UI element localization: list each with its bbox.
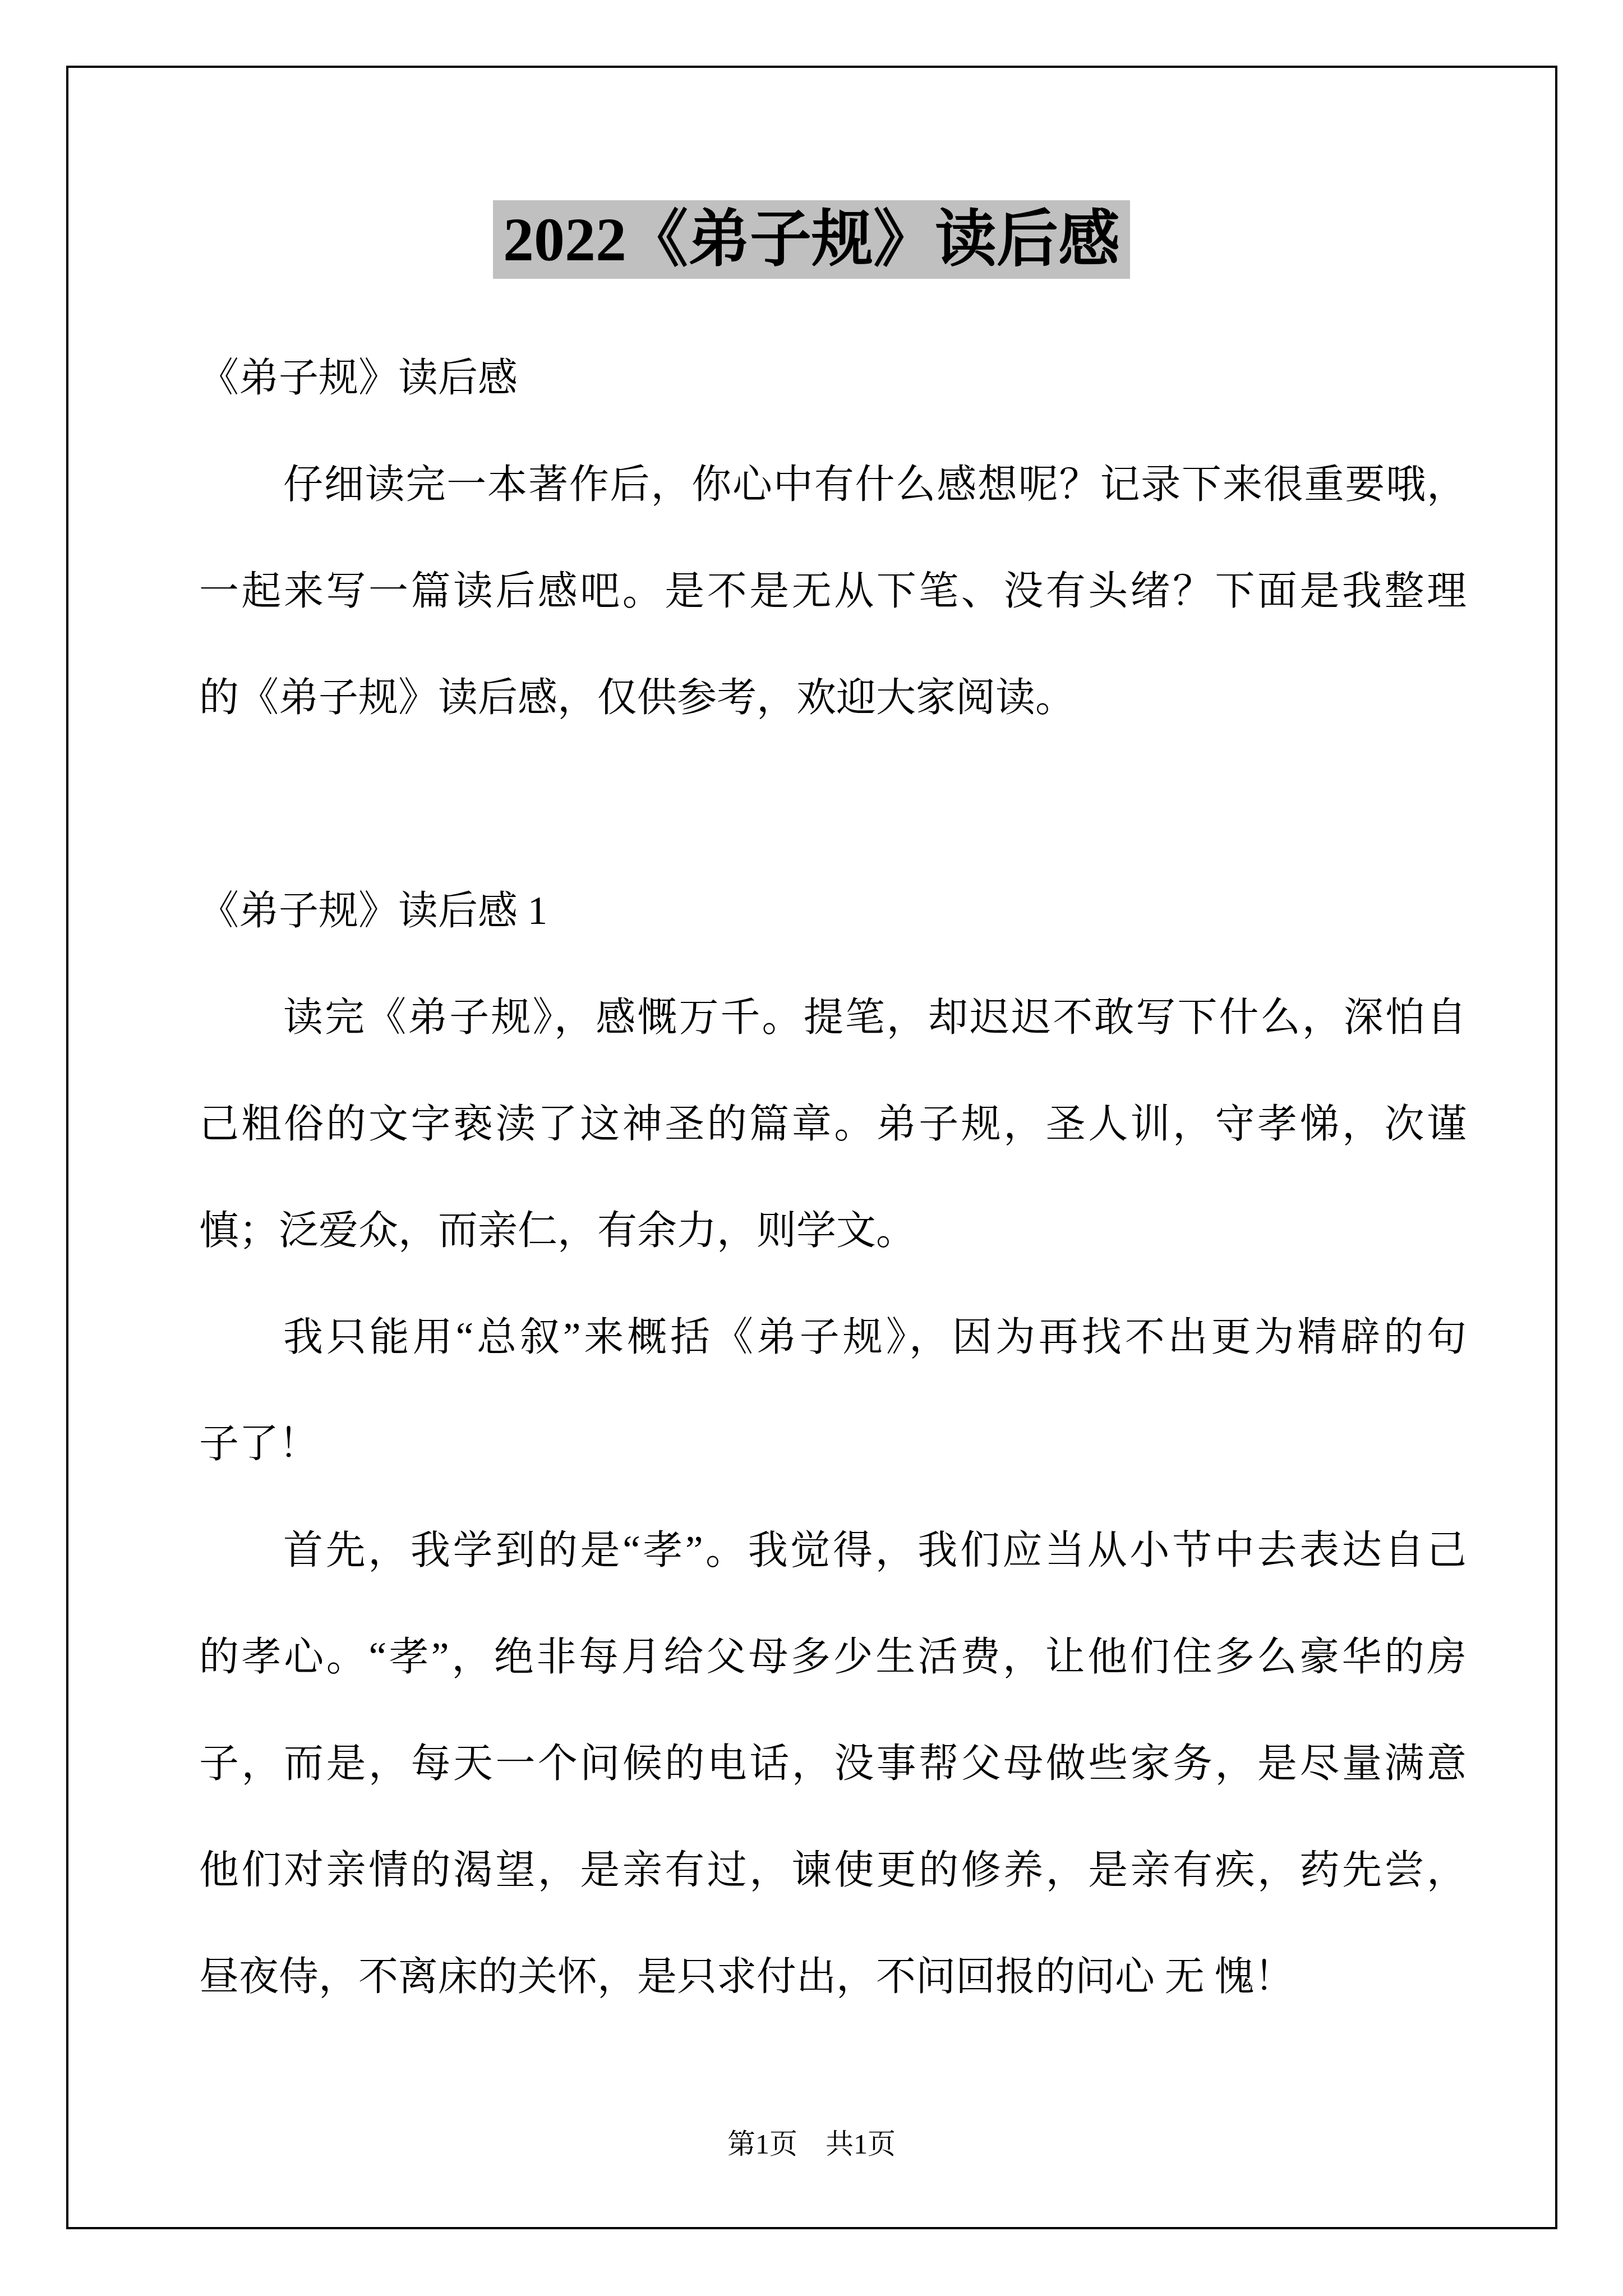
- text-line: 子，而是，每天一个问候的电话，没事帮父母做些家务，是尽量满意: [199, 1710, 1467, 1817]
- text-line: 《弟子规》读后感 1: [199, 858, 1467, 964]
- text-line: 首先，我学到的是“孝”。我觉得，我们应当从小节中去表达自己: [199, 1497, 1467, 1604]
- text-line: 慎；泛爱众，而亲仁，有余力，则学文。: [199, 1177, 1467, 1284]
- text-line: 他们对亲情的渴望，是亲有过，谏使更的修养，是亲有疾，药先尝，: [199, 1817, 1467, 1924]
- title-row: 2022《弟子规》读后感: [0, 200, 1623, 279]
- page-footer: 第1页 共1页: [0, 2122, 1623, 2166]
- text-line: 仔细读完一本著作后，你心中有什么感想呢？记录下来很重要哦，: [199, 431, 1467, 538]
- text-line: 的孝心。“孝”，绝非每月给父母多少生活费，让他们住多么豪华的房: [199, 1604, 1467, 1710]
- text-line: [199, 751, 1467, 858]
- text-line: 一起来写一篇读后感吧。是不是无从下笔、没有头绪？下面是我整理: [199, 538, 1467, 645]
- text-line: 己粗俗的文字亵渎了这神圣的篇章。弟子规，圣人训，守孝悌，次谨: [199, 1071, 1467, 1177]
- document-title: 2022《弟子规》读后感: [493, 200, 1130, 279]
- text-line: 我只能用“总叙”来概括《弟子规》，因为再找不出更为精辟的句: [199, 1284, 1467, 1391]
- text-line: 读完《弟子规》，感慨万千。提笔，却迟迟不敢写下什么，深怕自: [199, 964, 1467, 1071]
- text-line: 《弟子规》读后感: [199, 325, 1467, 431]
- text-line: 子了！: [199, 1391, 1467, 1497]
- document-body: 《弟子规》读后感仔细读完一本著作后，你心中有什么感想呢？记录下来很重要哦，一起来…: [199, 325, 1467, 2030]
- document-page: 2022《弟子规》读后感 《弟子规》读后感仔细读完一本著作后，你心中有什么感想呢…: [0, 0, 1623, 2296]
- text-line: 昼夜侍，不离床的关怀，是只求付出，不问回报的问心 无 愧！: [199, 1924, 1467, 2030]
- text-line: 的《弟子规》读后感，仅供参考，欢迎大家阅读。: [199, 645, 1467, 751]
